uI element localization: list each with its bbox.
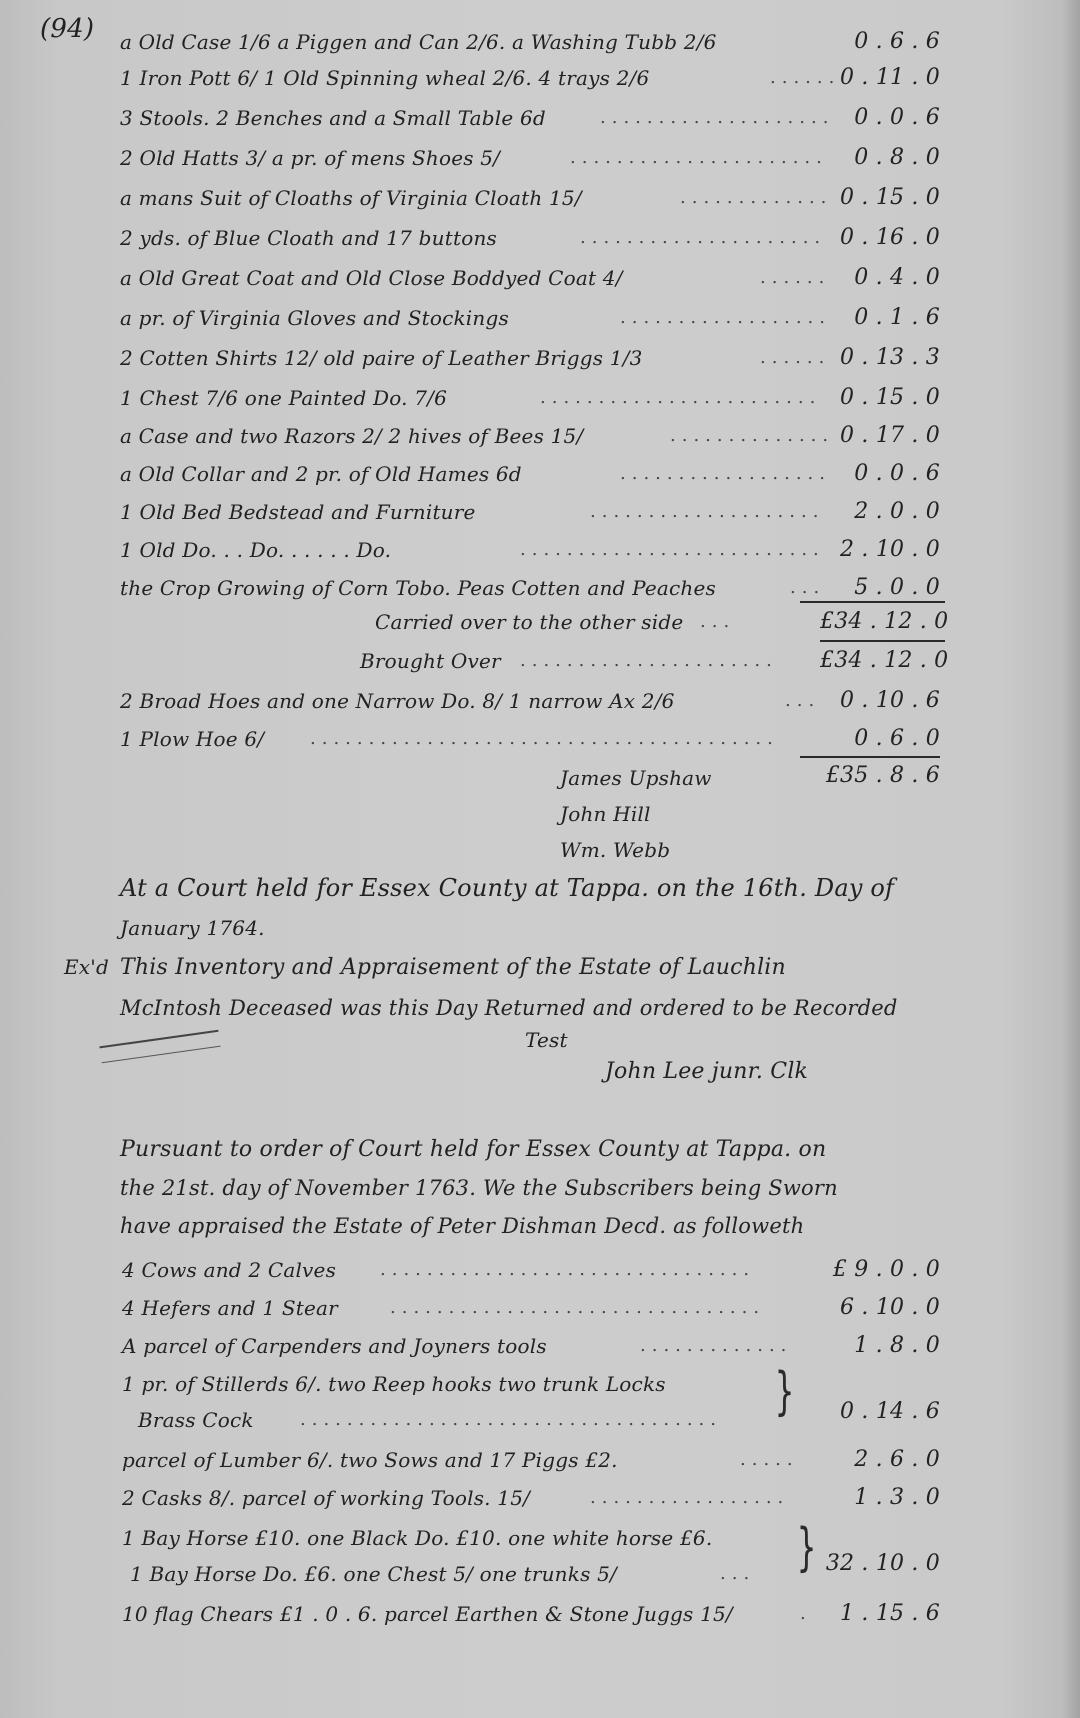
item-amount: 0 . 16 . 0	[820, 222, 940, 254]
item-amount: 0 . 6 . 0	[820, 723, 940, 755]
item-description: 1 Chest 7/6 one Painted Do. 7/6	[120, 382, 447, 414]
item-description: parcel of Lumber 6/. two Sows and 17 Pig…	[122, 1444, 618, 1476]
subtotal-rule	[800, 601, 945, 603]
carried-over-row: Carried over to the other side ... £34 .…	[0, 606, 1080, 638]
dot-leader: ....................	[590, 496, 840, 528]
dot-leader: ......................	[520, 645, 790, 677]
dot-leader: ...	[700, 606, 780, 638]
ledger-row: 2 yds. of Blue Cloath and 17 buttons ...…	[0, 222, 1080, 254]
item-amount: 2 . 0 . 0	[820, 496, 940, 528]
item-description: a Old Collar and 2 pr. of Old Hames 6d	[120, 458, 522, 490]
item-amount: 0 . 15 . 0	[820, 382, 940, 414]
dot-leader: ........................	[540, 382, 840, 414]
court-line: McIntosh Deceased was this Day Returned …	[120, 988, 898, 1028]
item-amount: 0 . 8 . 0	[820, 142, 940, 174]
item-description: 2 Broad Hoes and one Narrow Do. 8/ 1 nar…	[120, 685, 675, 717]
item-description: 4 Hefers and 1 Stear	[122, 1292, 338, 1324]
intro-line: Pursuant to order of Court held for Esse…	[120, 1130, 826, 1170]
ledger-row: 1 Plow Hoe 6/ ..........................…	[0, 723, 1080, 755]
dot-leader: ................................	[390, 1292, 790, 1324]
ledger-row: 3 Stools. 2 Benches and a Small Table 6d…	[0, 102, 1080, 134]
dot-leader: .............	[640, 1330, 800, 1362]
item-amount: 0 . 17 . 0	[820, 420, 940, 452]
dot-leader: .................	[590, 1482, 810, 1514]
ledger-row: 1 Bay Horse Do. £6. one Chest 5/ one tru…	[0, 1558, 1080, 1590]
ledger-row: 2 Cotten Shirts 12/ old paire of Leather…	[0, 342, 1080, 374]
item-description: 2 Old Hatts 3/ a pr. of mens Shoes 5/	[120, 142, 500, 174]
dot-leader: ...	[720, 1558, 780, 1590]
item-description: a Case and two Razors 2/ 2 hives of Bees…	[120, 420, 583, 452]
total-amount: £35 . 8 . 6	[820, 760, 940, 792]
brought-over-amount: £34 . 12 . 0	[820, 645, 940, 677]
ledger-row: a Case and two Razors 2/ 2 hives of Bees…	[0, 420, 1080, 452]
item-amount: 32 . 10 . 0	[820, 1548, 940, 1580]
ledger-row: 1 Iron Pott 6/ 1 Old Spinning wheal 2/6.…	[0, 62, 1080, 94]
item-description: 1 Iron Pott 6/ 1 Old Spinning wheal 2/6.…	[120, 62, 649, 94]
appraiser-signature: James Upshaw	[560, 766, 712, 790]
margin-note: Ex'd	[64, 955, 109, 979]
carried-over-label: Carried over to the other side	[375, 606, 683, 638]
margin-flourish	[99, 1030, 220, 1064]
ledger-row: a Old Great Coat and Old Close Boddyed C…	[0, 262, 1080, 294]
ledger-row: 2 Old Hatts 3/ a pr. of mens Shoes 5/ ..…	[0, 142, 1080, 174]
carried-rule	[820, 640, 945, 642]
item-description: 10 flag Chears £1 . 0 . 6. parcel Earthe…	[122, 1598, 733, 1630]
ledger-row: parcel of Lumber 6/. two Sows and 17 Pig…	[0, 1444, 1080, 1476]
brought-over-label: Brought Over	[360, 645, 501, 677]
item-description: the Crop Growing of Corn Tobo. Peas Cott…	[120, 572, 716, 604]
clerk-signature: John Lee junr. Clk	[605, 1052, 808, 1092]
item-amount: 0 . 15 . 0	[820, 182, 940, 214]
ledger-row: 4 Hefers and 1 Stear ...................…	[0, 1292, 1080, 1324]
item-amount: 0 . 1 . 6	[820, 302, 940, 334]
ledger-row: 2 Broad Hoes and one Narrow Do. 8/ 1 nar…	[0, 685, 1080, 717]
brought-over-row: Brought Over ...................... £34 …	[0, 645, 1080, 677]
item-amount: 1 . 3 . 0	[820, 1482, 940, 1514]
ledger-row: 1 Old Bed Bedstead and Furniture .......…	[0, 496, 1080, 528]
dot-leader: ....................	[600, 102, 840, 134]
item-amount: 0 . 4 . 0	[820, 262, 940, 294]
test-label: Test	[525, 1020, 568, 1060]
dot-leader: .............	[680, 182, 840, 214]
item-description: Brass Cock	[138, 1404, 254, 1436]
intro-line: the 21st. day of November 1763. We the S…	[120, 1168, 838, 1208]
item-amount: 0 . 11 . 0	[820, 62, 940, 94]
total-row: £35 . 8 . 6	[0, 760, 1080, 792]
item-description: 4 Cows and 2 Calves	[122, 1254, 336, 1286]
appraiser-signature: Wm. Webb	[560, 838, 670, 862]
ledger-row: 10 flag Chears £1 . 0 . 6. parcel Earthe…	[0, 1598, 1080, 1630]
item-description: a Old Great Coat and Old Close Boddyed C…	[120, 262, 623, 294]
carried-over-amount: £34 . 12 . 0	[820, 606, 940, 638]
item-amount: 2 . 6 . 0	[820, 1444, 940, 1476]
dot-leader: ..................	[620, 458, 840, 490]
item-amount: 1 . 15 . 6	[820, 1598, 940, 1630]
item-amount: 0 . 6 . 6	[820, 26, 940, 58]
item-description: 1 Plow Hoe 6/	[120, 723, 264, 755]
item-description: 1 Old Bed Bedstead and Furniture	[120, 496, 476, 528]
dot-leader: .....................	[580, 222, 840, 254]
dot-leader: ....................................	[300, 1404, 760, 1436]
item-amount: 0 . 0 . 6	[820, 458, 940, 490]
appraiser-signature: John Hill	[560, 802, 651, 826]
dot-leader: .	[800, 1598, 820, 1630]
item-amount: 2 . 10 . 0	[820, 534, 940, 566]
item-description: a pr. of Virginia Gloves and Stockings	[120, 302, 509, 334]
ledger-row: a mans Suit of Cloaths of Virginia Cloat…	[0, 182, 1080, 214]
ledger-row: a Old Collar and 2 pr. of Old Hames 6d .…	[0, 458, 1080, 490]
item-description: 3 Stools. 2 Benches and a Small Table 6d	[120, 102, 546, 134]
dot-leader: .....	[740, 1444, 820, 1476]
item-amount: 6 . 10 . 0	[820, 1292, 940, 1324]
item-amount: 0 . 0 . 6	[820, 102, 940, 134]
total-rule	[800, 756, 940, 758]
dot-leader: ................................	[380, 1254, 780, 1286]
item-amount: 0 . 14 . 6	[820, 1396, 940, 1428]
ledger-row: 4 Cows and 2 Calves ....................…	[0, 1254, 1080, 1286]
item-description: 1 Bay Horse Do. £6. one Chest 5/ one tru…	[130, 1558, 617, 1590]
ledger-row: 1 Chest 7/6 one Painted Do. 7/6 ........…	[0, 382, 1080, 414]
item-description: a Old Case 1/6 a Piggen and Can 2/6. a W…	[120, 26, 717, 58]
item-amount: 5 . 0 . 0	[820, 572, 940, 604]
document-page: (94) a Old Case 1/6 a Piggen and Can 2/6…	[0, 0, 1080, 1718]
item-description: A parcel of Carpenders and Joyners tools	[122, 1330, 547, 1362]
item-description: 1 pr. of Stillerds 6/. two Reep hooks tw…	[122, 1368, 666, 1400]
ledger-row: the Crop Growing of Corn Tobo. Peas Cott…	[0, 572, 1080, 604]
ledger-row: 1 Old Do. . . Do. . . . . . Do. ........…	[0, 534, 1080, 566]
item-amount: £ 9 . 0 . 0	[820, 1254, 940, 1286]
item-amount: 1 . 8 . 0	[820, 1330, 940, 1362]
ledger-row: A parcel of Carpenders and Joyners tools…	[0, 1330, 1080, 1362]
dot-leader: ..................	[620, 302, 840, 334]
intro-line: have appraised the Estate of Peter Dishm…	[120, 1206, 804, 1246]
court-line: January 1764.	[120, 908, 265, 948]
ledger-row: 2 Casks 8/. parcel of working Tools. 15/…	[0, 1482, 1080, 1514]
dot-leader: ........................................	[310, 723, 800, 755]
dot-leader: ......................	[570, 142, 840, 174]
court-line: At a Court held for Essex County at Tapp…	[120, 868, 894, 908]
court-line: This Inventory and Appraisement of the E…	[120, 948, 786, 988]
item-amount: 0 . 10 . 6	[820, 685, 940, 717]
item-description: 1 Old Do. . . Do. . . . . . Do.	[120, 534, 391, 566]
ledger-row: a Old Case 1/6 a Piggen and Can 2/6. a W…	[0, 26, 1080, 58]
ledger-row: Brass Cock .............................…	[0, 1404, 1080, 1436]
item-description: 2 Cotten Shirts 12/ old paire of Leather…	[120, 342, 643, 374]
item-description: a mans Suit of Cloaths of Virginia Cloat…	[120, 182, 582, 214]
item-amount: 0 . 13 . 3	[820, 342, 940, 374]
ledger-row: a pr. of Virginia Gloves and Stockings .…	[0, 302, 1080, 334]
dot-leader: ..............	[670, 420, 840, 452]
dot-leader: ..........................	[520, 534, 840, 566]
item-description: 2 yds. of Blue Cloath and 17 buttons	[120, 222, 497, 254]
item-description: 2 Casks 8/. parcel of working Tools. 15/	[122, 1482, 530, 1514]
item-description: 1 Bay Horse £10. one Black Do. £10. one …	[122, 1522, 712, 1554]
